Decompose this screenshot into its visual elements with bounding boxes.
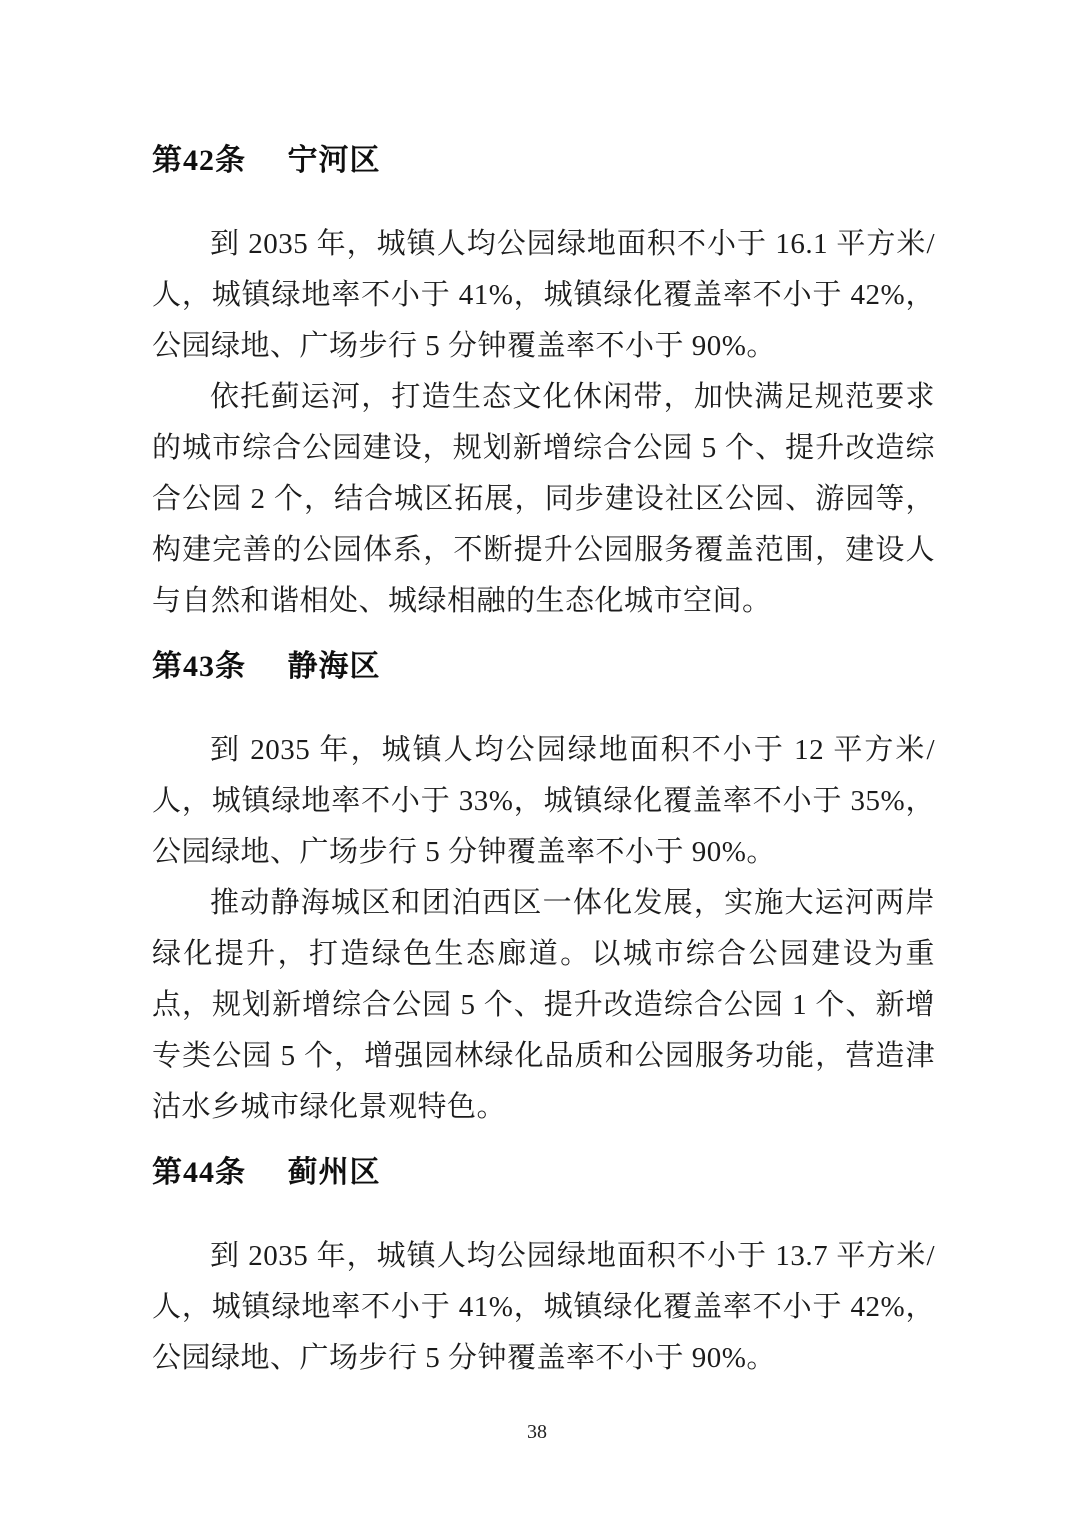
article-heading-44: 第44条 蓟州区 <box>152 1151 935 1195</box>
article-44-paragraph-1: 到 2035 年，城镇人均公园绿地面积不小于 13.7 平方米/人，城镇绿地率不… <box>152 1231 935 1384</box>
article-number-44: 第44条 <box>152 1151 246 1195</box>
article-42-paragraph-2: 依托蓟运河，打造生态文化休闲带，加快满足规范要求的城市综合公园建设，规划新增综合… <box>152 372 935 627</box>
document-page: 第42条 宁河区 到 2035 年，城镇人均公园绿地面积不小于 16.1 平方米… <box>0 0 1074 1520</box>
page-number: 38 <box>0 1420 1074 1444</box>
document-content: 第42条 宁河区 到 2035 年，城镇人均公园绿地面积不小于 16.1 平方米… <box>152 139 935 1384</box>
article-number-43: 第43条 <box>152 645 246 689</box>
article-heading-43: 第43条 静海区 <box>152 645 935 689</box>
article-title-jinghai: 静海区 <box>288 645 381 689</box>
article-number-42: 第42条 <box>152 139 246 183</box>
article-42-paragraph-1: 到 2035 年，城镇人均公园绿地面积不小于 16.1 平方米/人，城镇绿地率不… <box>152 219 935 372</box>
article-43-paragraph-2: 推动静海城区和团泊西区一体化发展，实施大运河两岸绿化提升，打造绿色生态廊道。以城… <box>152 878 935 1133</box>
article-43-paragraph-1: 到 2035 年，城镇人均公园绿地面积不小于 12 平方米/人，城镇绿地率不小于… <box>152 725 935 878</box>
article-heading-42: 第42条 宁河区 <box>152 139 935 183</box>
article-title-jizhou: 蓟州区 <box>288 1151 381 1195</box>
article-title-ninghe: 宁河区 <box>288 139 381 183</box>
